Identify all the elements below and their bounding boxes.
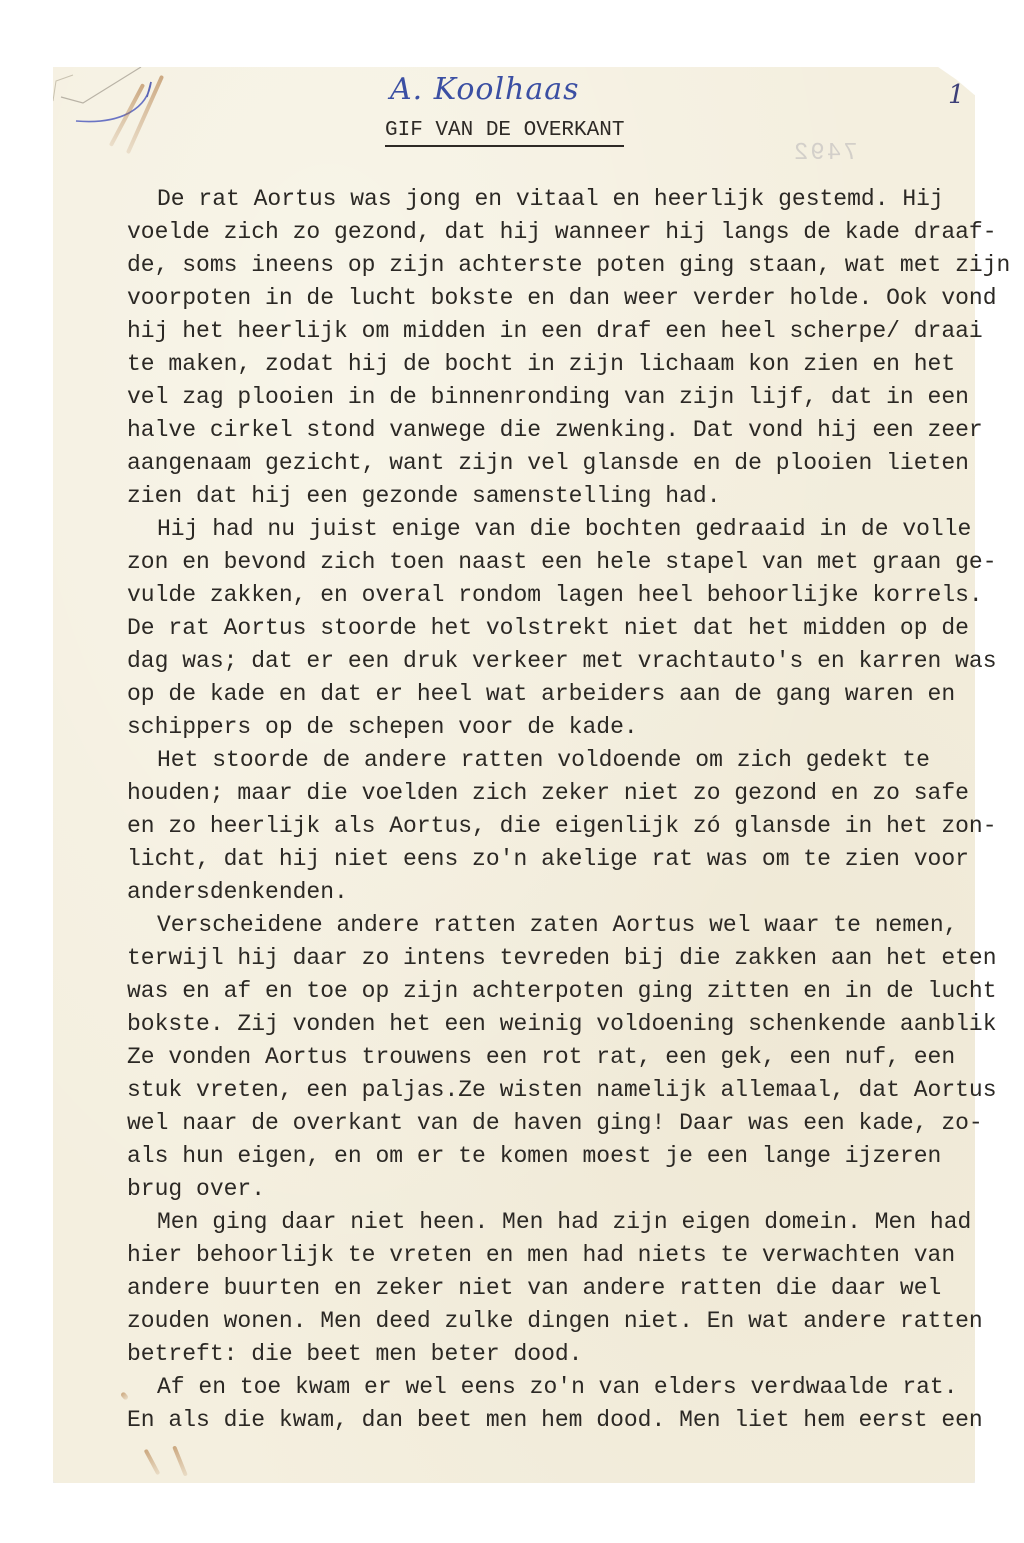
text-line: vulde zakken, en overal rondom lagen hee… bbox=[127, 579, 987, 612]
text-line: voelde zich zo gezond, dat hij wanneer h… bbox=[127, 216, 987, 249]
text-line: andere buurten en zeker niet van andere … bbox=[127, 1272, 987, 1305]
text-line: brug over. bbox=[127, 1173, 987, 1206]
paragraph-first-line: Hij had nu juist enige van die bochten g… bbox=[127, 513, 987, 546]
text-line: schippers op de schepen voor de kade. bbox=[127, 711, 987, 744]
paragraph-first-line: Af en toe kwam er wel eens zo'n van elde… bbox=[127, 1371, 987, 1404]
text-line: stuk vreten, een paljas.Ze wisten nameli… bbox=[127, 1074, 987, 1107]
text-line: te maken, zodat hij de bocht in zijn lic… bbox=[127, 348, 987, 381]
text-line: dag was; dat er een druk verkeer met vra… bbox=[127, 645, 987, 678]
text-line: hier behoorlijk te vreten en men had nie… bbox=[127, 1239, 987, 1272]
text-line: en zo heerlijk als Aortus, die eigenlijk… bbox=[127, 810, 987, 843]
text-line: zouden wonen. Men deed zulke dingen niet… bbox=[127, 1305, 987, 1338]
text-line: aangenaam gezicht, want zijn vel glansde… bbox=[127, 447, 987, 480]
document-title: GIF VAN DE OVERKANT bbox=[385, 118, 624, 147]
text-line: halve cirkel stond vanwege die zwenking.… bbox=[127, 414, 987, 447]
paragraph-first-line: Verscheidene andere ratten zaten Aortus … bbox=[127, 909, 987, 942]
text-line: terwijl hij daar zo intens tevreden bij … bbox=[127, 942, 987, 975]
text-line: voorpoten in de lucht bokste en dan weer… bbox=[127, 282, 987, 315]
text-line: de, soms ineens op zijn achterste poten … bbox=[127, 249, 987, 282]
text-line: betreft: die beet men beter dood. bbox=[127, 1338, 987, 1371]
text-line: andersdenkenden. bbox=[127, 876, 987, 909]
paragraph-first-line: De rat Aortus was jong en vitaal en heer… bbox=[127, 183, 987, 216]
text-line: Ze vonden Aortus trouwens een rot rat, e… bbox=[127, 1041, 987, 1074]
text-line: op de kade en dat er heel wat arbeiders … bbox=[127, 678, 987, 711]
text-line: als hun eigen, en om er te komen moest j… bbox=[127, 1140, 987, 1173]
text-line: houden; maar die voelden zich zeker niet… bbox=[127, 777, 987, 810]
text-line: zien dat hij een gezonde samenstelling h… bbox=[127, 480, 987, 513]
text-line: wel naar de overkant van de haven ging! … bbox=[127, 1107, 987, 1140]
paragraph-first-line: Het stoorde de andere ratten voldoende o… bbox=[127, 744, 987, 777]
folded-corner-marks bbox=[53, 67, 153, 177]
archive-stamp: 7492 bbox=[792, 140, 858, 167]
text-line: bokste. Zij vonden het een weinig voldoe… bbox=[127, 1008, 987, 1041]
text-line: licht, dat hij niet eens zo'n akelige ra… bbox=[127, 843, 987, 876]
text-line: zon en bevond zich toen naast een hele s… bbox=[127, 546, 987, 579]
text-line: En als die kwam, dan beet men hem dood. … bbox=[127, 1404, 987, 1437]
text-line: De rat Aortus stoorde het volstrekt niet… bbox=[127, 612, 987, 645]
paragraph-first-line: Men ging daar niet heen. Men had zijn ei… bbox=[127, 1206, 987, 1239]
page-number: 1 bbox=[948, 80, 965, 110]
text-line: vel zag plooien in de binnenronding van … bbox=[127, 381, 987, 414]
typewritten-body: De rat Aortus was jong en vitaal en heer… bbox=[127, 183, 987, 1437]
text-line: hij het heerlijk om midden in een draf e… bbox=[127, 315, 987, 348]
text-line: was en af en toe op zijn achterpoten gin… bbox=[127, 975, 987, 1008]
handwritten-author: A. Koolhaas bbox=[390, 72, 580, 107]
